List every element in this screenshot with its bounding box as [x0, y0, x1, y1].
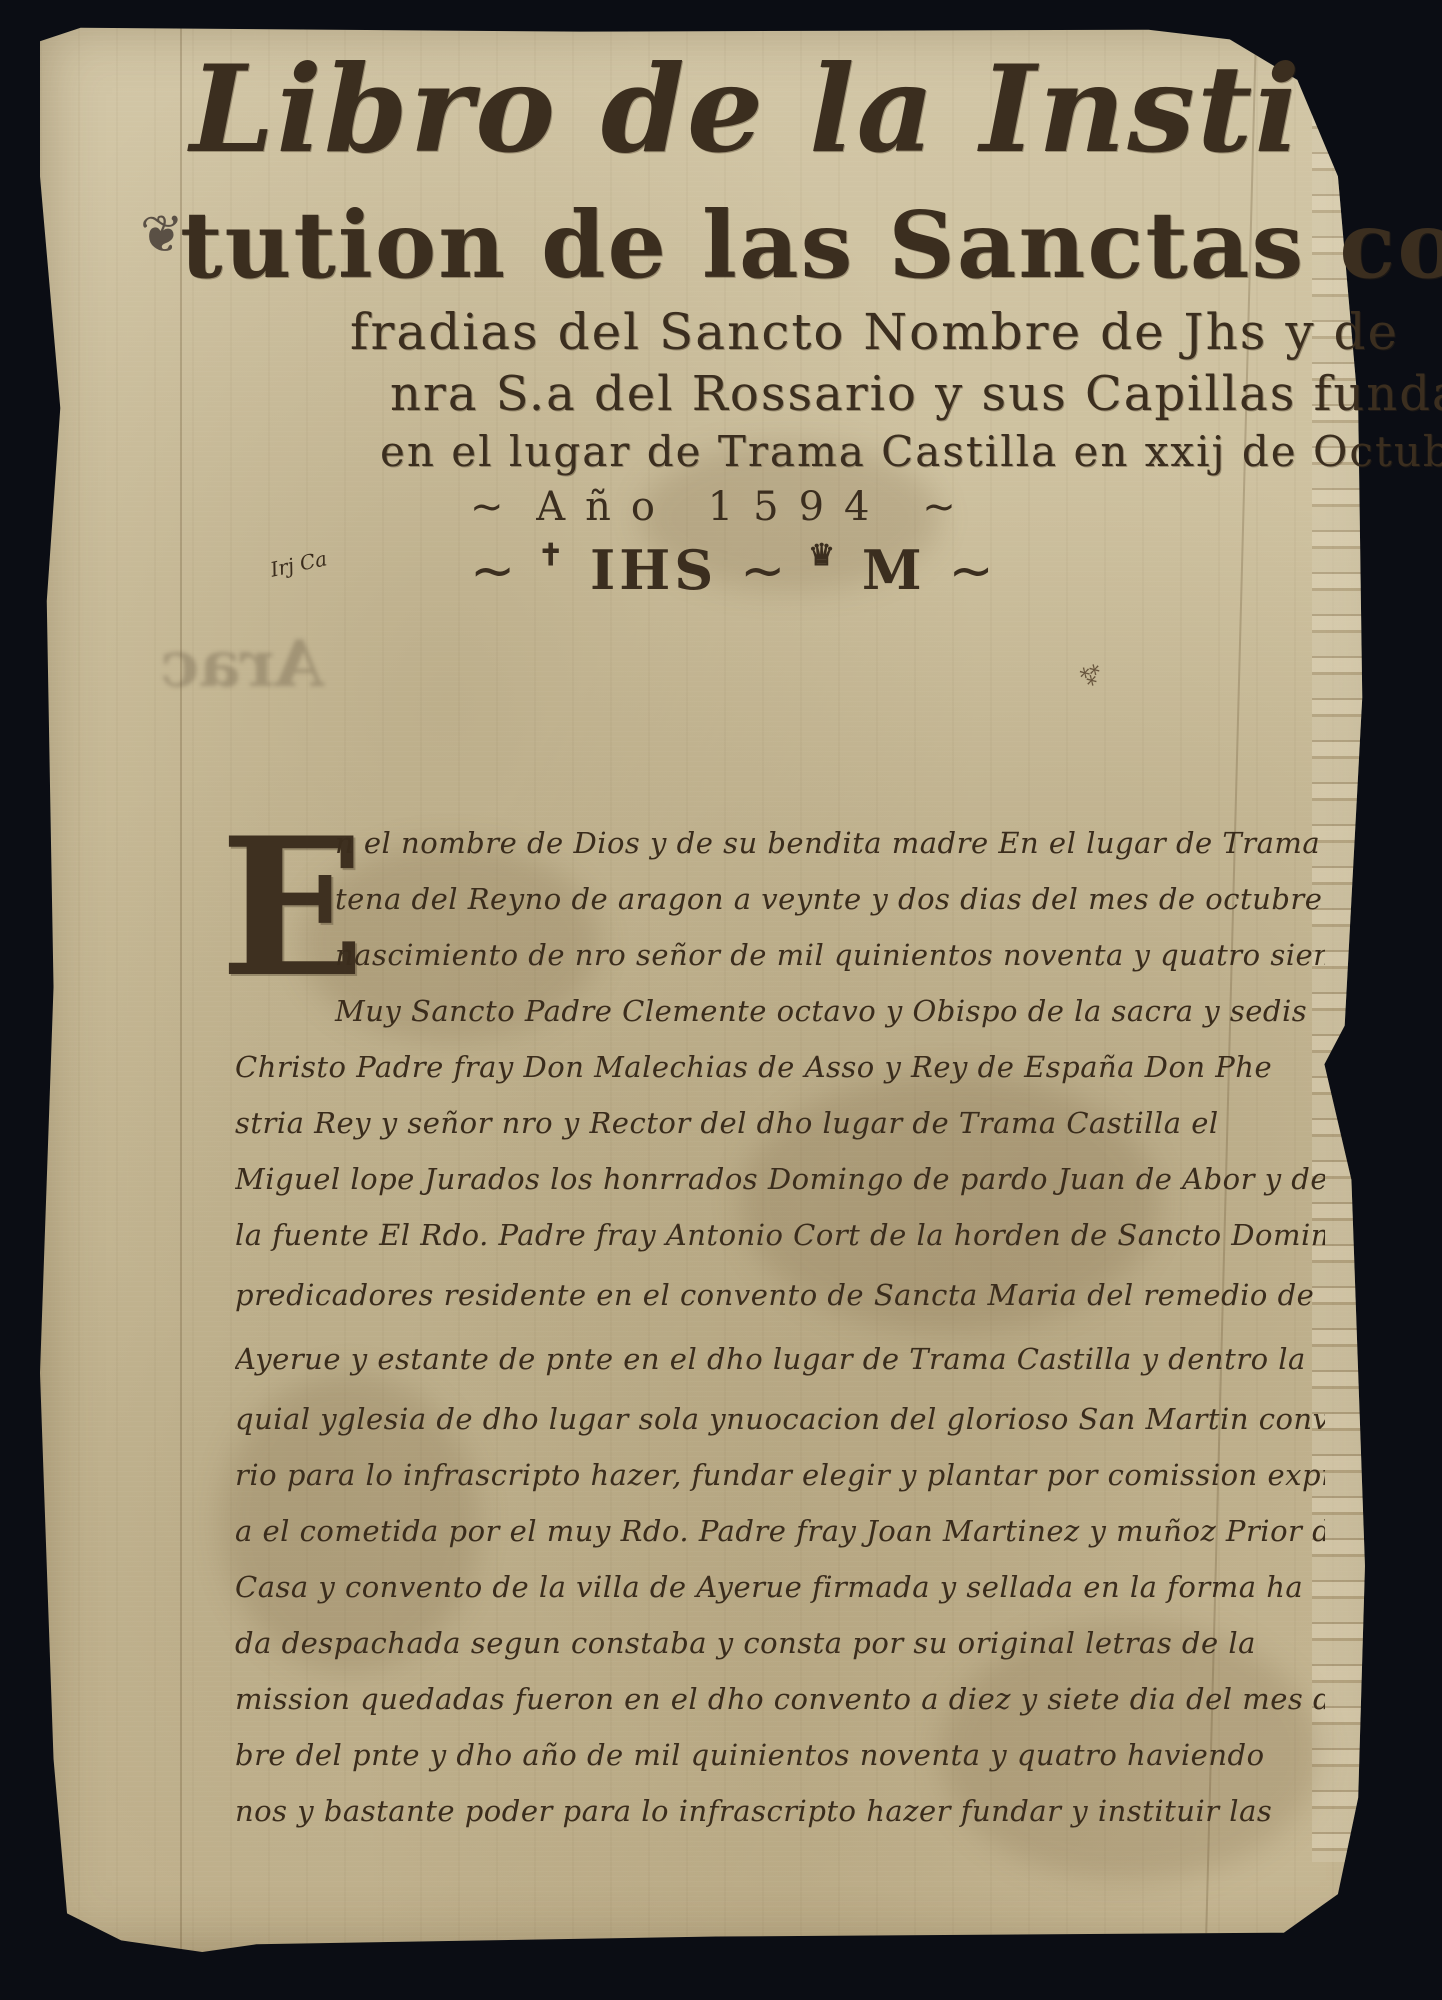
body-line: Christo Padre fray Don Malechias de Asso… — [235, 1039, 1325, 1095]
body-line: a el cometida por el muy Rdo. Padre fray… — [235, 1503, 1325, 1559]
body-line: mission quedadas fueron en el dho conven… — [235, 1671, 1325, 1727]
flourish-left-icon: ~ — [470, 539, 515, 602]
flourish-left-icon: ~ — [470, 484, 504, 530]
body-line: n el nombre de Dios y de su bendita madr… — [235, 815, 1325, 871]
monogram-line: ~ ✝ IHS ~ ♛ M ~ — [470, 538, 1370, 602]
body-text: n el nombre de Dios y de su bendita madr… — [235, 815, 1325, 1839]
title-line-2: tution de las Sanctas co — [180, 190, 1370, 300]
body-line: la fuente El Rdo. Padre fray Antonio Cor… — [235, 1207, 1325, 1263]
flourish-right-icon: ~ — [948, 539, 993, 602]
title-line-5: en el lugar de Trama Castilla en xxij de… — [380, 424, 1370, 480]
crown-icon: ♛ — [808, 538, 839, 573]
bleed-through-text: Arac — [160, 627, 324, 702]
title-line-3: fradias del Sancto Nombre de Jhs y de — [350, 300, 1370, 364]
year-line: ~ Año 1594 ~ — [470, 484, 1370, 530]
flourish-right-icon: ~ — [922, 484, 956, 530]
cross-icon: ✝ — [538, 538, 567, 573]
title-block: Libro de la Insti tution de las Sanctas … — [170, 40, 1370, 602]
body-line: bre del pnte y dho año de mil quinientos… — [235, 1727, 1325, 1783]
title-line-4: nra S.a del Rossario y sus Capillas fund… — [390, 364, 1370, 424]
body-line: rio para lo infrascripto hazer, fundar e… — [235, 1447, 1325, 1503]
title-line-1: Libro de la Insti — [190, 40, 1370, 180]
body-line: Muy Sancto Padre Clemente octavo y Obisp… — [235, 983, 1325, 1039]
ink-mark: ⁂ — [1076, 661, 1106, 689]
body-line: Ayerue y estante de pnte en el dho lugar… — [235, 1327, 1325, 1391]
body-line: nos y bastante poder para lo infrascript… — [235, 1783, 1325, 1839]
body-line: nascimiento de nro señor de mil quinient… — [235, 927, 1325, 983]
body-line: stria Rey y señor nro y Rector del dho l… — [235, 1095, 1325, 1151]
manuscript-scan: Arac Irj Ca ⁂ ❦ Libro de la Insti tution… — [0, 0, 1442, 2000]
body-line: da despachada segun constaba y consta po… — [235, 1615, 1325, 1671]
ihs-monogram: IHS — [590, 538, 717, 602]
body-line: quial yglesia de dho lugar sola ynuocaci… — [235, 1391, 1325, 1447]
marian-monogram: M — [862, 538, 926, 602]
flourish-center-icon: ~ — [740, 539, 785, 602]
body-line: Casa y convento de la villa de Ayerue fi… — [235, 1559, 1325, 1615]
year-prefix: Año — [536, 484, 675, 530]
body-line: Miguel lope Jurados los honrrados Doming… — [235, 1151, 1325, 1207]
body-line: tena del Reyno de aragon a veynte y dos … — [235, 871, 1325, 927]
body-line: predicadores residente en el convento de… — [235, 1263, 1325, 1327]
year-value: 1594 — [708, 484, 890, 530]
